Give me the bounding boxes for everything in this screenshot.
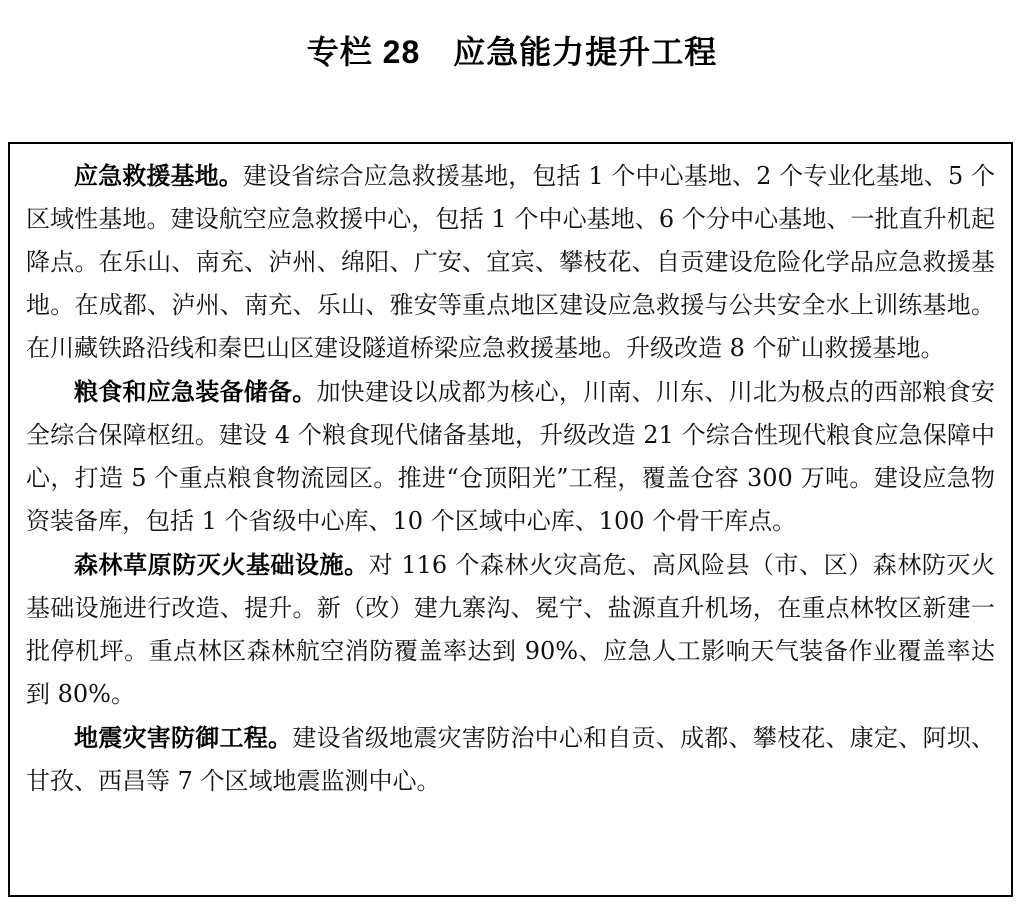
document-page: 专栏 28 应急能力提升工程 应急救援基地。建设省综合应急救援基地，包括 1 个… xyxy=(0,0,1024,911)
paragraph-earthquake-defense-project: 地震灾害防御工程。建设省级地震灾害防治中心和自贡、成都、攀枝花、康定、阿坝、甘孜… xyxy=(26,716,995,803)
paragraph-lead: 应急救援基地。 xyxy=(74,161,243,190)
paragraph-lead: 粮食和应急装备储备。 xyxy=(74,377,316,406)
paragraph-grain-equipment-reserves: 粮食和应急装备储备。加快建设以成都为核心，川南、川东、川北为极点的西部粮食安全综… xyxy=(26,370,995,543)
page-title: 专栏 28 应急能力提升工程 xyxy=(0,0,1024,74)
content-box: 应急救援基地。建设省综合应急救援基地，包括 1 个中心基地、2 个专业化基地、5… xyxy=(8,142,1013,897)
paragraph-lead: 森林草原防灭火基础设施。 xyxy=(74,550,369,579)
paragraph-emergency-rescue-bases: 应急救援基地。建设省综合应急救援基地，包括 1 个中心基地、2 个专业化基地、5… xyxy=(26,154,995,370)
paragraph-forest-fire-infrastructure: 森林草原防灭火基础设施。对 116 个森林火灾高危、高风险县（市、区）森林防灭火… xyxy=(26,543,995,716)
paragraph-lead: 地震灾害防御工程。 xyxy=(74,723,292,752)
paragraph-body: 建设省综合应急救援基地，包括 1 个中心基地、2 个专业化基地、5 个区域性基地… xyxy=(26,162,995,362)
